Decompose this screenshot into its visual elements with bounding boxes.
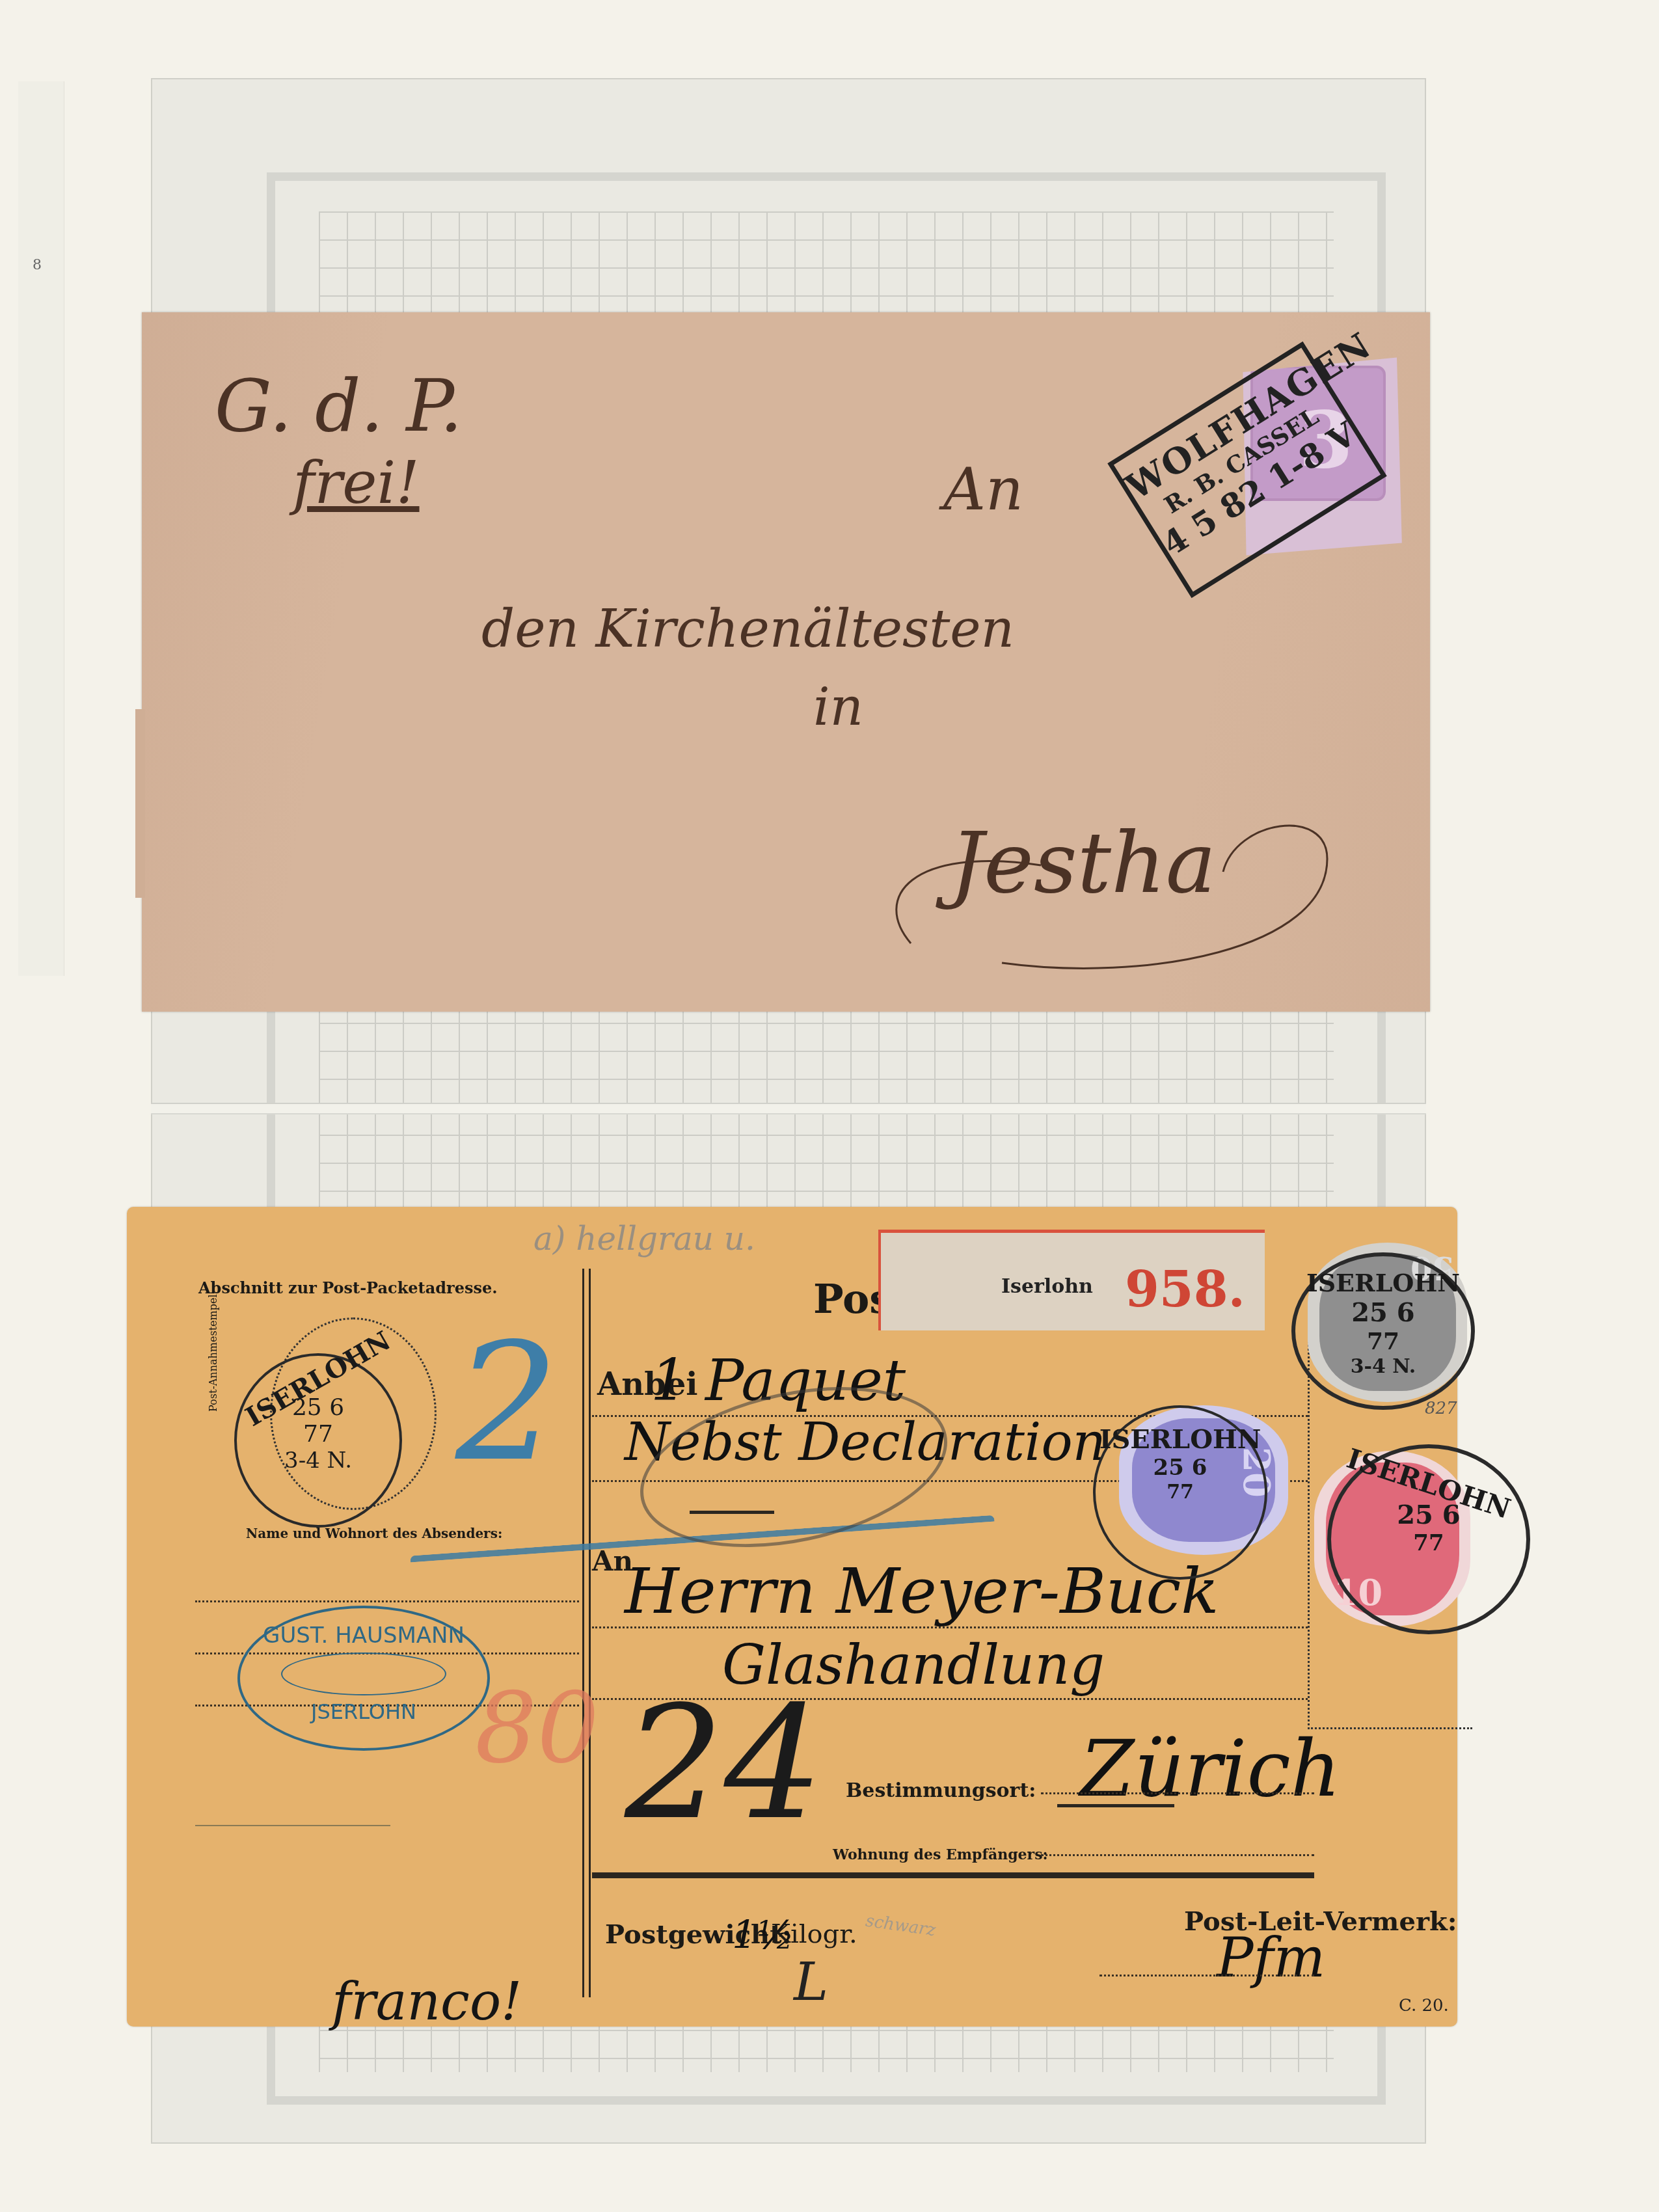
cover-addressee-line2: in: [813, 677, 863, 737]
sender-label: Name und Wohnort des Absenders:: [246, 1526, 502, 1541]
destination-rule: [1041, 1792, 1314, 1794]
cover-address-prefix: An: [943, 455, 1023, 524]
address-rule-1: [592, 1626, 1308, 1628]
crayon-number: 24: [625, 1672, 823, 1854]
form-number: C. 20.: [1399, 1996, 1449, 2016]
addressee-name: Herrn Meyer-Buck: [625, 1555, 1219, 1628]
residence-label: Wohnung des Empfängers:: [833, 1846, 1048, 1863]
routing-rule: [1099, 1975, 1314, 1976]
destination-label: Bestimmungsort:: [846, 1779, 1036, 1802]
franco-note: franco!: [332, 1971, 522, 2032]
red-crayon-mark: 80: [475, 1672, 599, 1785]
stamp-10-postmark: ISERLOHN 25 6 77: [1327, 1444, 1530, 1634]
sender-stamp-inner-oval: [281, 1652, 446, 1695]
residence-rule: [1041, 1854, 1314, 1856]
destination-value: Zürich: [1080, 1724, 1341, 1814]
parcel-label-958: Iserlohn 958.: [878, 1230, 1265, 1330]
torn-perforation-line: [195, 1825, 390, 1826]
destination-flourish: [872, 781, 1366, 982]
card-vertical-label: Post-Annahmestempel.: [207, 1291, 219, 1412]
card-thick-rule: [592, 1872, 1314, 1878]
album-hinge-strip: [18, 81, 64, 976]
weight-unit: Kilogr.: [771, 1919, 857, 1949]
blue-crayon-mark: 2: [455, 1308, 559, 1497]
cover-flap: [135, 709, 145, 898]
pencil-catalog-note: 827: [1425, 1399, 1457, 1418]
pencil-note-top: a) hellgrau u.: [533, 1220, 755, 1258]
corner-mark: 8: [33, 257, 42, 273]
sender-line-1: [195, 1600, 579, 1602]
sleeve-divider: [151, 1103, 1426, 1114]
signature-mark: L: [794, 1952, 828, 2012]
cover-annotation-gdp: G. d. P.: [215, 364, 463, 448]
card-rule-right: [589, 1269, 591, 1997]
cover-addressee-line1: den Kirchenältesten: [481, 599, 1014, 659]
cover-annotation-frei: frei!: [293, 449, 420, 517]
card-rule-left: [582, 1269, 584, 1997]
card-section-title: Abschnitt zur Post-Packetadresse.: [198, 1278, 498, 1297]
destination-underline: [1057, 1804, 1174, 1807]
stamp-20-postmark: ISERLOHN 25 6 77: [1093, 1405, 1267, 1580]
stamp-50-postmark: ISERLOHN 25 6 77 3-4 N.: [1291, 1252, 1475, 1410]
routing-value: Pfm: [1217, 1926, 1325, 1989]
left-postmark: ISERLOHN 25 6 77 3-4 N.: [234, 1353, 402, 1528]
contents-end-rule: [690, 1511, 774, 1514]
sender-stamp: GUST. HAUSMANN JSERLOHN: [237, 1606, 490, 1751]
